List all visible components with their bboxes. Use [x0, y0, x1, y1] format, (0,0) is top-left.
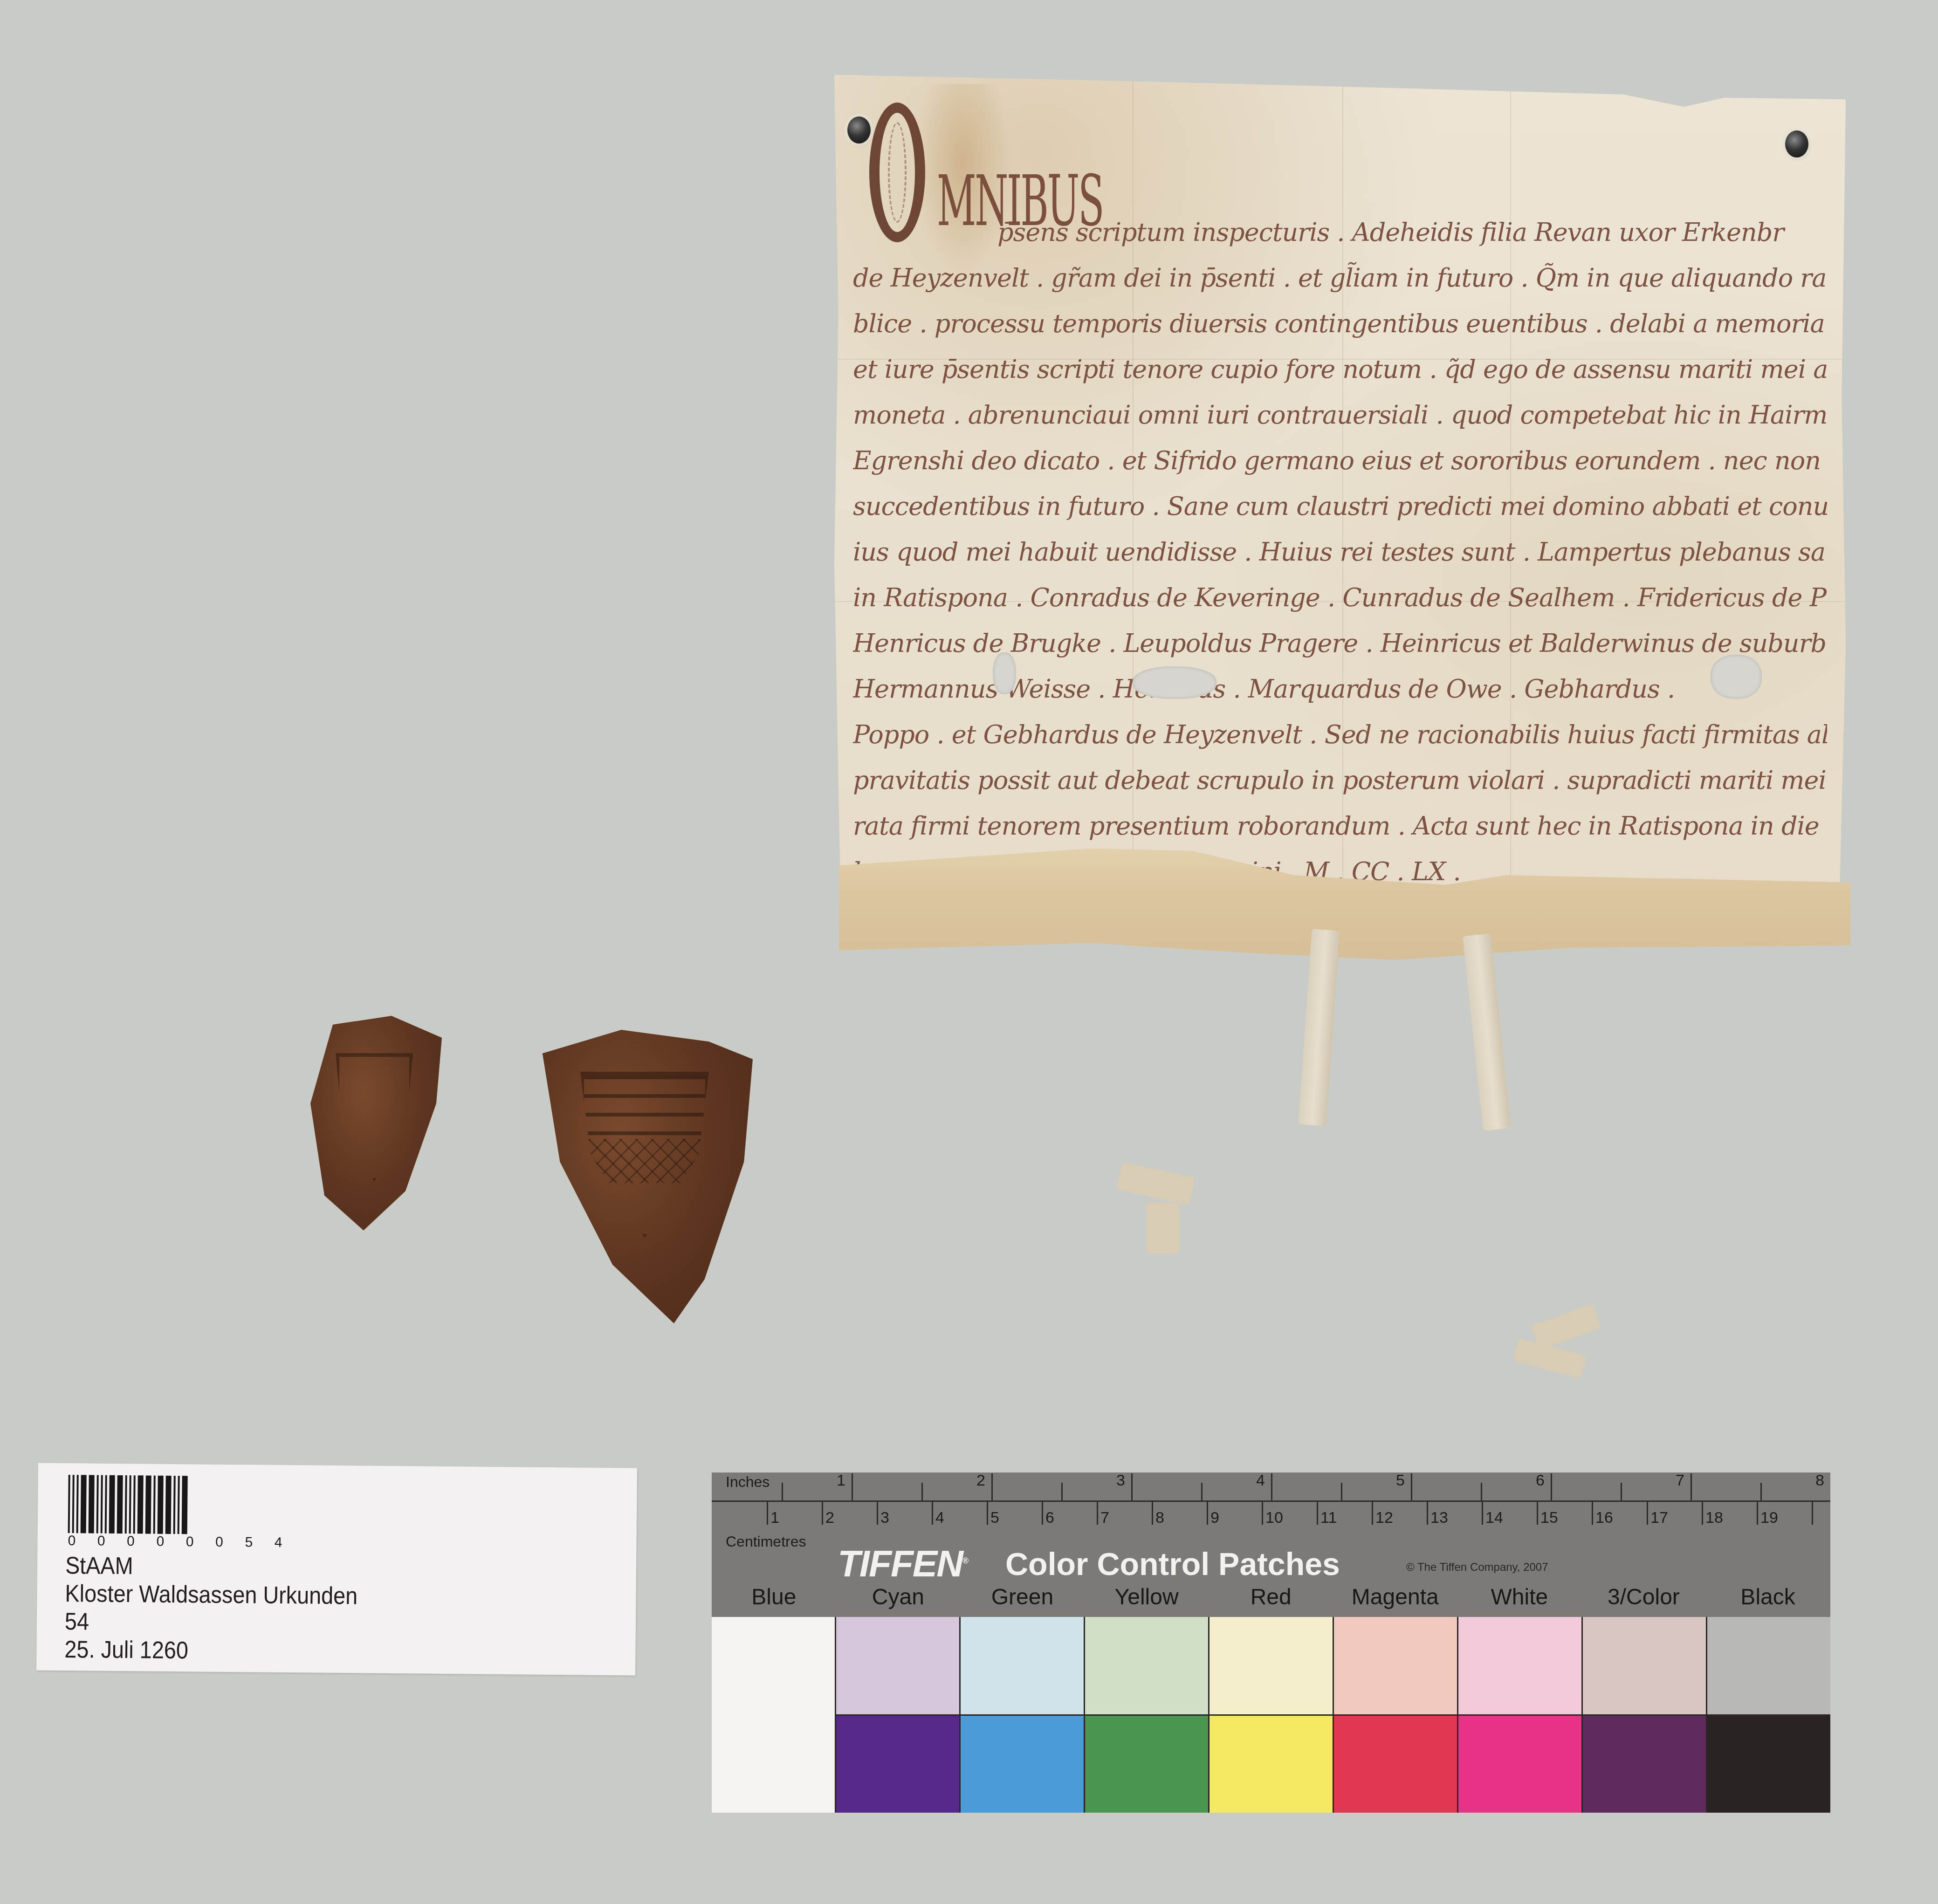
text-line: rata firmi tenorem presentium roborandum… [853, 803, 1827, 849]
copyright-notice: © The Tiffen Company, 2007 [1406, 1561, 1548, 1574]
seal-tag-right [1463, 933, 1511, 1131]
inch-number: 2 [976, 1472, 985, 1490]
text-line: pravitatis possit aut debeat scrupulo in… [853, 758, 1827, 803]
brand-name: TIFFEN [838, 1543, 962, 1584]
inch-number: 7 [1676, 1472, 1684, 1490]
patch-3color-light [1583, 1617, 1706, 1714]
inch-number: 6 [1536, 1472, 1545, 1490]
cm-number: 12 [1375, 1509, 1393, 1527]
text-line: Egrenshi deo dicato . et Sifrido germano… [853, 438, 1827, 484]
patch-blue-dark [836, 1716, 959, 1813]
barcode-digit: 0 [156, 1534, 164, 1550]
parchment-hole [993, 652, 1016, 694]
patch-red-dark [1334, 1716, 1457, 1813]
patch-3color-dark [1583, 1716, 1706, 1813]
barcode-digit: 0 [127, 1534, 135, 1549]
inch-number: 3 [1116, 1472, 1125, 1490]
cm-number: 6 [1045, 1509, 1054, 1527]
cm-number: 1 [770, 1509, 779, 1527]
barcode-digit: 0 [97, 1534, 105, 1549]
inch-number: 1 [837, 1472, 845, 1490]
target-header: Inches 1 2 3 4 5 6 7 8 1 2 3 4 5 6 7 8 [712, 1473, 1830, 1619]
patch-magenta-light [1458, 1617, 1581, 1714]
mounting-grommet-left [847, 116, 871, 144]
text-line: moneta . abrenunciaui omni iuri contraue… [853, 392, 1827, 438]
patch-green-dark [1085, 1716, 1208, 1813]
patch-yellow-dark [1210, 1716, 1333, 1813]
charter-text: p̄sens scriptum inspecturis . Adeheidis … [853, 210, 1827, 895]
patch-yellow-light [1210, 1617, 1333, 1714]
patch-cyan-light [961, 1617, 1084, 1714]
patch-label-white: White [1457, 1584, 1582, 1610]
cm-number: 3 [880, 1509, 889, 1527]
patch-label-yellow: Yellow [1085, 1584, 1209, 1610]
parchment-hole [1711, 655, 1762, 699]
wax-seal-left [308, 1016, 447, 1235]
centimetre-scale: 1 2 3 4 5 6 7 8 9 10 11 12 13 14 15 16 1… [712, 1500, 1830, 1533]
registered-mark: ® [962, 1556, 968, 1565]
archive-name: StAAM [65, 1552, 358, 1582]
cm-number: 19 [1760, 1509, 1778, 1527]
text-line: p̄sens scriptum inspecturis . Adeheidis … [853, 210, 1827, 255]
cm-number: 10 [1265, 1509, 1283, 1527]
patch-labels: Blue Cyan Green Yellow Red Magenta White… [712, 1584, 1830, 1610]
barcode-digit: 5 [245, 1534, 253, 1550]
barcode-digit: 4 [275, 1535, 282, 1551]
shield-lattice [584, 1139, 705, 1183]
patch-label-magenta: Magenta [1333, 1584, 1457, 1610]
patch-blue-light [836, 1617, 959, 1714]
patch-label-green: Green [960, 1584, 1085, 1610]
cm-number: 5 [990, 1509, 999, 1527]
seal-tag-left [1298, 929, 1340, 1126]
patch-cyan-dark [961, 1716, 1084, 1813]
document-date: 25. Juli 1260 [64, 1636, 357, 1666]
patch-label-cyan: Cyan [836, 1584, 961, 1610]
cm-number: 16 [1595, 1509, 1613, 1527]
cm-number: 8 [1155, 1509, 1164, 1527]
inch-number: 5 [1396, 1472, 1405, 1490]
document-number: 54 [65, 1608, 357, 1638]
cm-number: 11 [1320, 1509, 1337, 1527]
cm-number: 4 [935, 1509, 944, 1527]
product-title: Color Control Patches [1005, 1546, 1340, 1582]
archive-label: 0 0 0 0 0 0 5 4 StAAM Kloster Waldsassen… [36, 1463, 637, 1675]
inch-number: 4 [1256, 1472, 1265, 1490]
text-line: de Heyzenvelt . gr̃am dei in p̄senti . e… [853, 255, 1827, 301]
color-patch-grid [712, 1617, 1830, 1813]
cm-number: 14 [1485, 1509, 1503, 1527]
mounting-grommet-right [1785, 130, 1808, 158]
patch-magenta-dark [1458, 1716, 1581, 1813]
inch-number: 8 [1815, 1472, 1824, 1490]
patch-green-light [1085, 1617, 1208, 1714]
charter-document: MNIBUS p̄sens scriptum inspecturis . Ade… [834, 70, 1846, 960]
barcode-digit: 0 [215, 1534, 223, 1550]
seal-tag-end [1531, 1304, 1601, 1350]
color-control-target: Inches 1 2 3 4 5 6 7 8 1 2 3 4 5 6 7 8 [712, 1473, 1833, 1815]
centimetres-label: Centimetres [726, 1533, 806, 1550]
text-line: Poppo . et Gebhardus de Heyzenvelt . Sed… [853, 712, 1827, 758]
patch-black-light [1707, 1617, 1830, 1714]
patch-label-blue: Blue [712, 1584, 836, 1610]
seal-tag-end [1117, 1162, 1196, 1205]
barcode-digit: 0 [68, 1533, 76, 1549]
patch-label-3color: 3/Color [1581, 1584, 1706, 1610]
barcode-digit: 0 [186, 1534, 194, 1550]
seal-tag-end [1147, 1202, 1179, 1253]
parchment-sheet: MNIBUS p̄sens scriptum inspecturis . Ade… [834, 70, 1846, 890]
cm-number: 13 [1430, 1509, 1448, 1527]
seal-shield [580, 1072, 709, 1238]
cm-number: 7 [1100, 1509, 1109, 1527]
patch-label-red: Red [1209, 1584, 1333, 1610]
patch-white [712, 1617, 835, 1813]
text-line: et iure p̄sentis scripti tenore cupio fo… [853, 347, 1827, 392]
barcode-number: 0 0 0 0 0 0 5 4 [68, 1533, 282, 1551]
cm-number: 15 [1540, 1509, 1558, 1527]
cm-number: 9 [1210, 1509, 1219, 1527]
inch-scale: Inches 1 2 3 4 5 6 7 8 [712, 1473, 1830, 1502]
collection-name: Kloster Waldsassen Urkunden [65, 1580, 357, 1610]
parchment-hole [1133, 666, 1216, 699]
patch-red-light [1334, 1617, 1457, 1714]
text-line: blice . processu temporis diuersis conti… [853, 301, 1827, 347]
patch-label-black: Black [1706, 1584, 1830, 1610]
seal-shield [336, 1053, 413, 1182]
text-line: in Ratispona . Conradus de Keveringe . C… [853, 575, 1827, 621]
wax-seal-right [534, 1030, 753, 1323]
shield-bars [584, 1075, 705, 1139]
cm-number: 17 [1650, 1509, 1668, 1527]
cm-number: 18 [1705, 1509, 1723, 1527]
text-line: ius quod mei habuit uendidisse . Huius r… [853, 529, 1827, 575]
patch-black-dark [1707, 1716, 1830, 1813]
inches-label: Inches [726, 1473, 770, 1491]
cm-number: 2 [825, 1509, 834, 1527]
text-line: succedentibus in futuro . Sane cum claus… [853, 484, 1827, 529]
tiffen-logo: TIFFEN® [838, 1542, 968, 1585]
barcode [68, 1475, 190, 1534]
